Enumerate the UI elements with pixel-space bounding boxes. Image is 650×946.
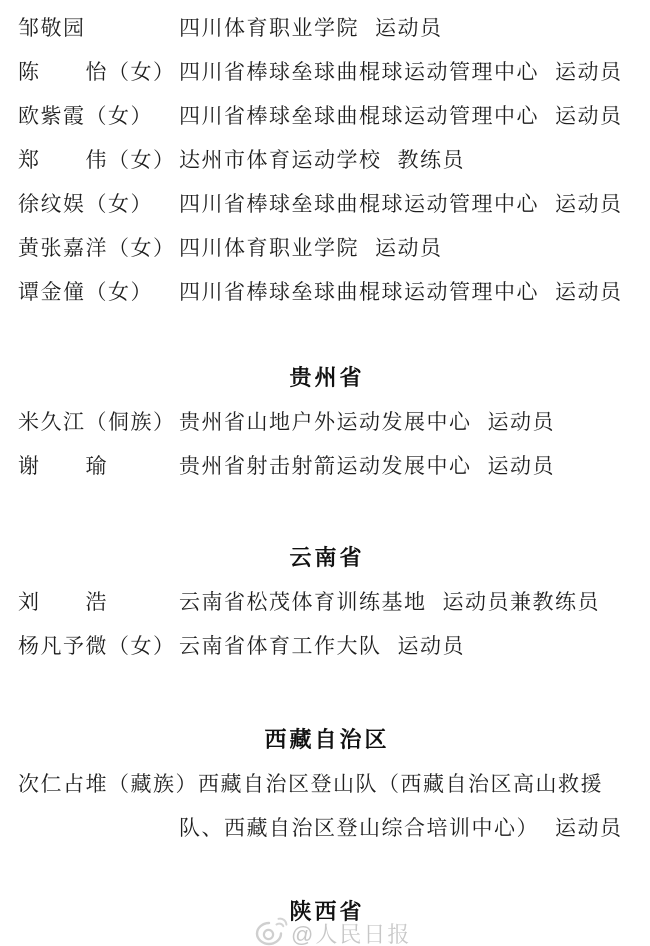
person-role: 运动员兼教练员 — [443, 580, 601, 624]
person-row: 次仁占堆（藏族）西藏自治区登山队（西藏自治区高山救援 — [18, 762, 636, 806]
person-row: 谭金僮（女）四川省棒球垒球曲棍球运动管理中心运动员 — [18, 270, 636, 314]
person-name: 黄张嘉洋（女） — [18, 226, 179, 270]
person-organization: 贵州省山地户外运动发展中心 — [179, 400, 472, 444]
person-name: 杨凡予微（女） — [18, 624, 179, 668]
province-header: 陕西省 — [18, 890, 636, 934]
province-section: 云南省刘 浩云南省松茂体育训练基地运动员兼教练员杨凡予微（女）云南省体育工作大队… — [18, 536, 636, 668]
person-name: 次仁占堆（藏族） — [18, 762, 198, 806]
person-row: 徐纹娱（女）四川省棒球垒球曲棍球运动管理中心运动员 — [18, 182, 636, 226]
person-role: 运动员 — [488, 444, 556, 488]
person-organization: 四川省棒球垒球曲棍球运动管理中心 — [179, 270, 539, 314]
person-organization: 四川省棒球垒球曲棍球运动管理中心 — [179, 182, 539, 226]
person-row: 郑 伟（女）达州市体育运动学校教练员 — [18, 138, 636, 182]
province-section: 贵州省米久江（侗族）贵州省山地户外运动发展中心运动员谢 瑜贵州省射击射箭运动发展… — [18, 356, 636, 488]
person-role: 运动员 — [555, 806, 623, 850]
person-role: 运动员 — [398, 624, 466, 668]
person-organization: 四川省棒球垒球曲棍球运动管理中心 — [179, 94, 539, 138]
person-row: 米久江（侗族）贵州省山地户外运动发展中心运动员 — [18, 400, 636, 444]
province-header: 西藏自治区 — [18, 718, 636, 762]
person-row: 陈 怡（女）四川省棒球垒球曲棍球运动管理中心运动员 — [18, 50, 636, 94]
person-row: 欧紫霞（女）四川省棒球垒球曲棍球运动管理中心运动员 — [18, 94, 636, 138]
person-role: 教练员 — [398, 138, 466, 182]
person-name: 邹敬园 — [18, 6, 179, 50]
person-row-continuation: 队、西藏自治区登山综合培训中心）运动员 — [18, 806, 636, 850]
person-name: 郑 伟（女） — [18, 138, 179, 182]
person-organization: 云南省体育工作大队 — [179, 624, 382, 668]
person-organization: 达州市体育运动学校 — [179, 138, 382, 182]
person-name: 谭金僮（女） — [18, 270, 179, 314]
province-section: 邹敬园四川体育职业学院运动员陈 怡（女）四川省棒球垒球曲棍球运动管理中心运动员欧… — [18, 6, 636, 314]
person-role: 运动员 — [555, 94, 623, 138]
person-row: 杨凡予微（女）云南省体育工作大队运动员 — [18, 624, 636, 668]
person-role: 运动员 — [488, 400, 556, 444]
document-page: 邹敬园四川体育职业学院运动员陈 怡（女）四川省棒球垒球曲棍球运动管理中心运动员欧… — [0, 0, 650, 946]
person-organization: 四川体育职业学院 — [179, 226, 359, 270]
person-row: 刘 浩云南省松茂体育训练基地运动员兼教练员 — [18, 580, 636, 624]
person-organization: 四川省棒球垒球曲棍球运动管理中心 — [179, 50, 539, 94]
person-role: 运动员 — [375, 226, 443, 270]
person-name: 陈 怡（女） — [18, 50, 179, 94]
province-header: 贵州省 — [18, 356, 636, 400]
person-role: 运动员 — [555, 270, 623, 314]
document-body: 邹敬园四川体育职业学院运动员陈 怡（女）四川省棒球垒球曲棍球运动管理中心运动员欧… — [0, 0, 650, 934]
province-header: 云南省 — [18, 536, 636, 580]
person-organization: 四川体育职业学院 — [179, 6, 359, 50]
person-name: 米久江（侗族） — [18, 400, 179, 444]
person-row: 谢 瑜贵州省射击射箭运动发展中心运动员 — [18, 444, 636, 488]
person-role: 运动员 — [375, 6, 443, 50]
person-organization-continued: 队、西藏自治区登山综合培训中心） — [179, 806, 539, 850]
province-section: 西藏自治区次仁占堆（藏族）西藏自治区登山队（西藏自治区高山救援队、西藏自治区登山… — [18, 718, 636, 850]
person-organization: 西藏自治区登山队（西藏自治区高山救援 — [198, 762, 603, 806]
person-name: 徐纹娱（女） — [18, 182, 179, 226]
person-row: 邹敬园四川体育职业学院运动员 — [18, 6, 636, 50]
person-name: 谢 瑜 — [18, 444, 179, 488]
province-section: 陕西省 — [18, 890, 636, 934]
person-name: 欧紫霞（女） — [18, 94, 179, 138]
person-organization: 贵州省射击射箭运动发展中心 — [179, 444, 472, 488]
person-row: 黄张嘉洋（女）四川体育职业学院运动员 — [18, 226, 636, 270]
person-role: 运动员 — [555, 50, 623, 94]
person-organization: 云南省松茂体育训练基地 — [179, 580, 427, 624]
person-name: 刘 浩 — [18, 580, 179, 624]
person-role: 运动员 — [555, 182, 623, 226]
